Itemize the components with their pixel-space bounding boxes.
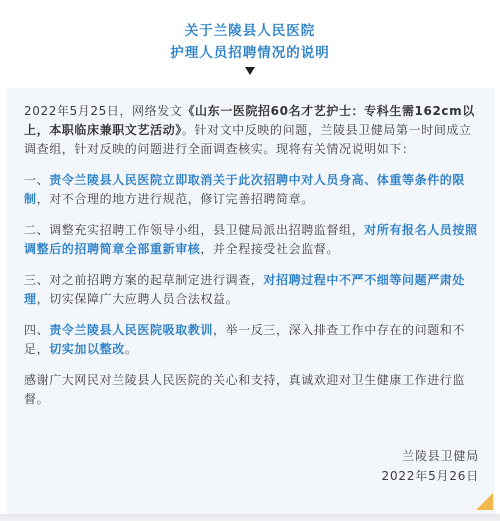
- item-2: 二、调整充实招聘工作领导小组，县卫健局派出招聘监督组，对所有报名人员按照调整后的…: [24, 221, 482, 259]
- signature-org: 兰陵县卫健局: [382, 446, 479, 466]
- card-bottom-edge: [0, 514, 500, 521]
- signature-block: 兰陵县卫健局 2022年5月26日: [382, 446, 479, 486]
- item-2-prefix: 二、调整充实招聘工作领导小组，县卫健局派出招聘监督组，: [24, 223, 364, 237]
- item-4-highlight: 责令兰陵县人民医院吸取教训: [49, 323, 213, 337]
- triangle-down-icon: [245, 67, 255, 75]
- notice-page: 关于兰陵县人民医院 护理人员招聘情况的说明 2022年5月25日，网络发文《山东…: [0, 0, 500, 521]
- item-3-prefix: 三、对之前招聘方案的起草制定进行调查，: [24, 273, 263, 287]
- notice-card: 2022年5月25日，网络发文《山东一医院招60名才艺护士：专科生需162cm以…: [7, 88, 495, 514]
- title-line-2: 护理人员招聘情况的说明: [0, 42, 500, 64]
- item-1-prefix: 一、: [24, 173, 49, 187]
- item-1: 一、责令兰陵县人民医院立即取消关于此次招聘中对人员身高、体重等条件的限制，对不合…: [24, 171, 482, 209]
- item-1-text: ，对不合理的地方进行规范，修订完善招聘简章。: [37, 192, 314, 206]
- closing-paragraph: 感谢广大网民对兰陵县人民医院的关心和支持，真诚欢迎对卫生健康工作进行监督。: [24, 371, 482, 409]
- item-4: 四、责令兰陵县人民医院吸取教训，举一反三，深入排查工作中存在的问题和不足，切实加…: [24, 321, 482, 359]
- item-3: 三、对之前招聘方案的起草制定进行调查，对招聘过程中不严不细等问题严肃处理，切实保…: [24, 271, 482, 309]
- intro-paragraph: 2022年5月25日，网络发文《山东一医院招60名才艺护士：专科生需162cm以…: [24, 88, 482, 159]
- intro-prefix: 2022年5月25日，网络发文: [24, 104, 182, 118]
- item-3-text: ，切实保障广大应聘人员合法权益。: [37, 292, 239, 306]
- signature-date: 2022年5月26日: [382, 466, 479, 486]
- item-4-text-2: 。: [125, 342, 138, 356]
- corner-accent-icon: [476, 493, 493, 510]
- item-4-highlight-2: 切实加以整改: [49, 342, 125, 356]
- title-line-1: 关于兰陵县人民医院: [0, 0, 500, 42]
- notice-header: 关于兰陵县人民医院 护理人员招聘情况的说明: [0, 0, 500, 88]
- item-4-prefix: 四、: [24, 323, 49, 337]
- item-2-text: ，并全程接受社会监督。: [200, 242, 339, 256]
- notice-body: 2022年5月25日，网络发文《山东一医院招60名才艺护士：专科生需162cm以…: [24, 88, 482, 409]
